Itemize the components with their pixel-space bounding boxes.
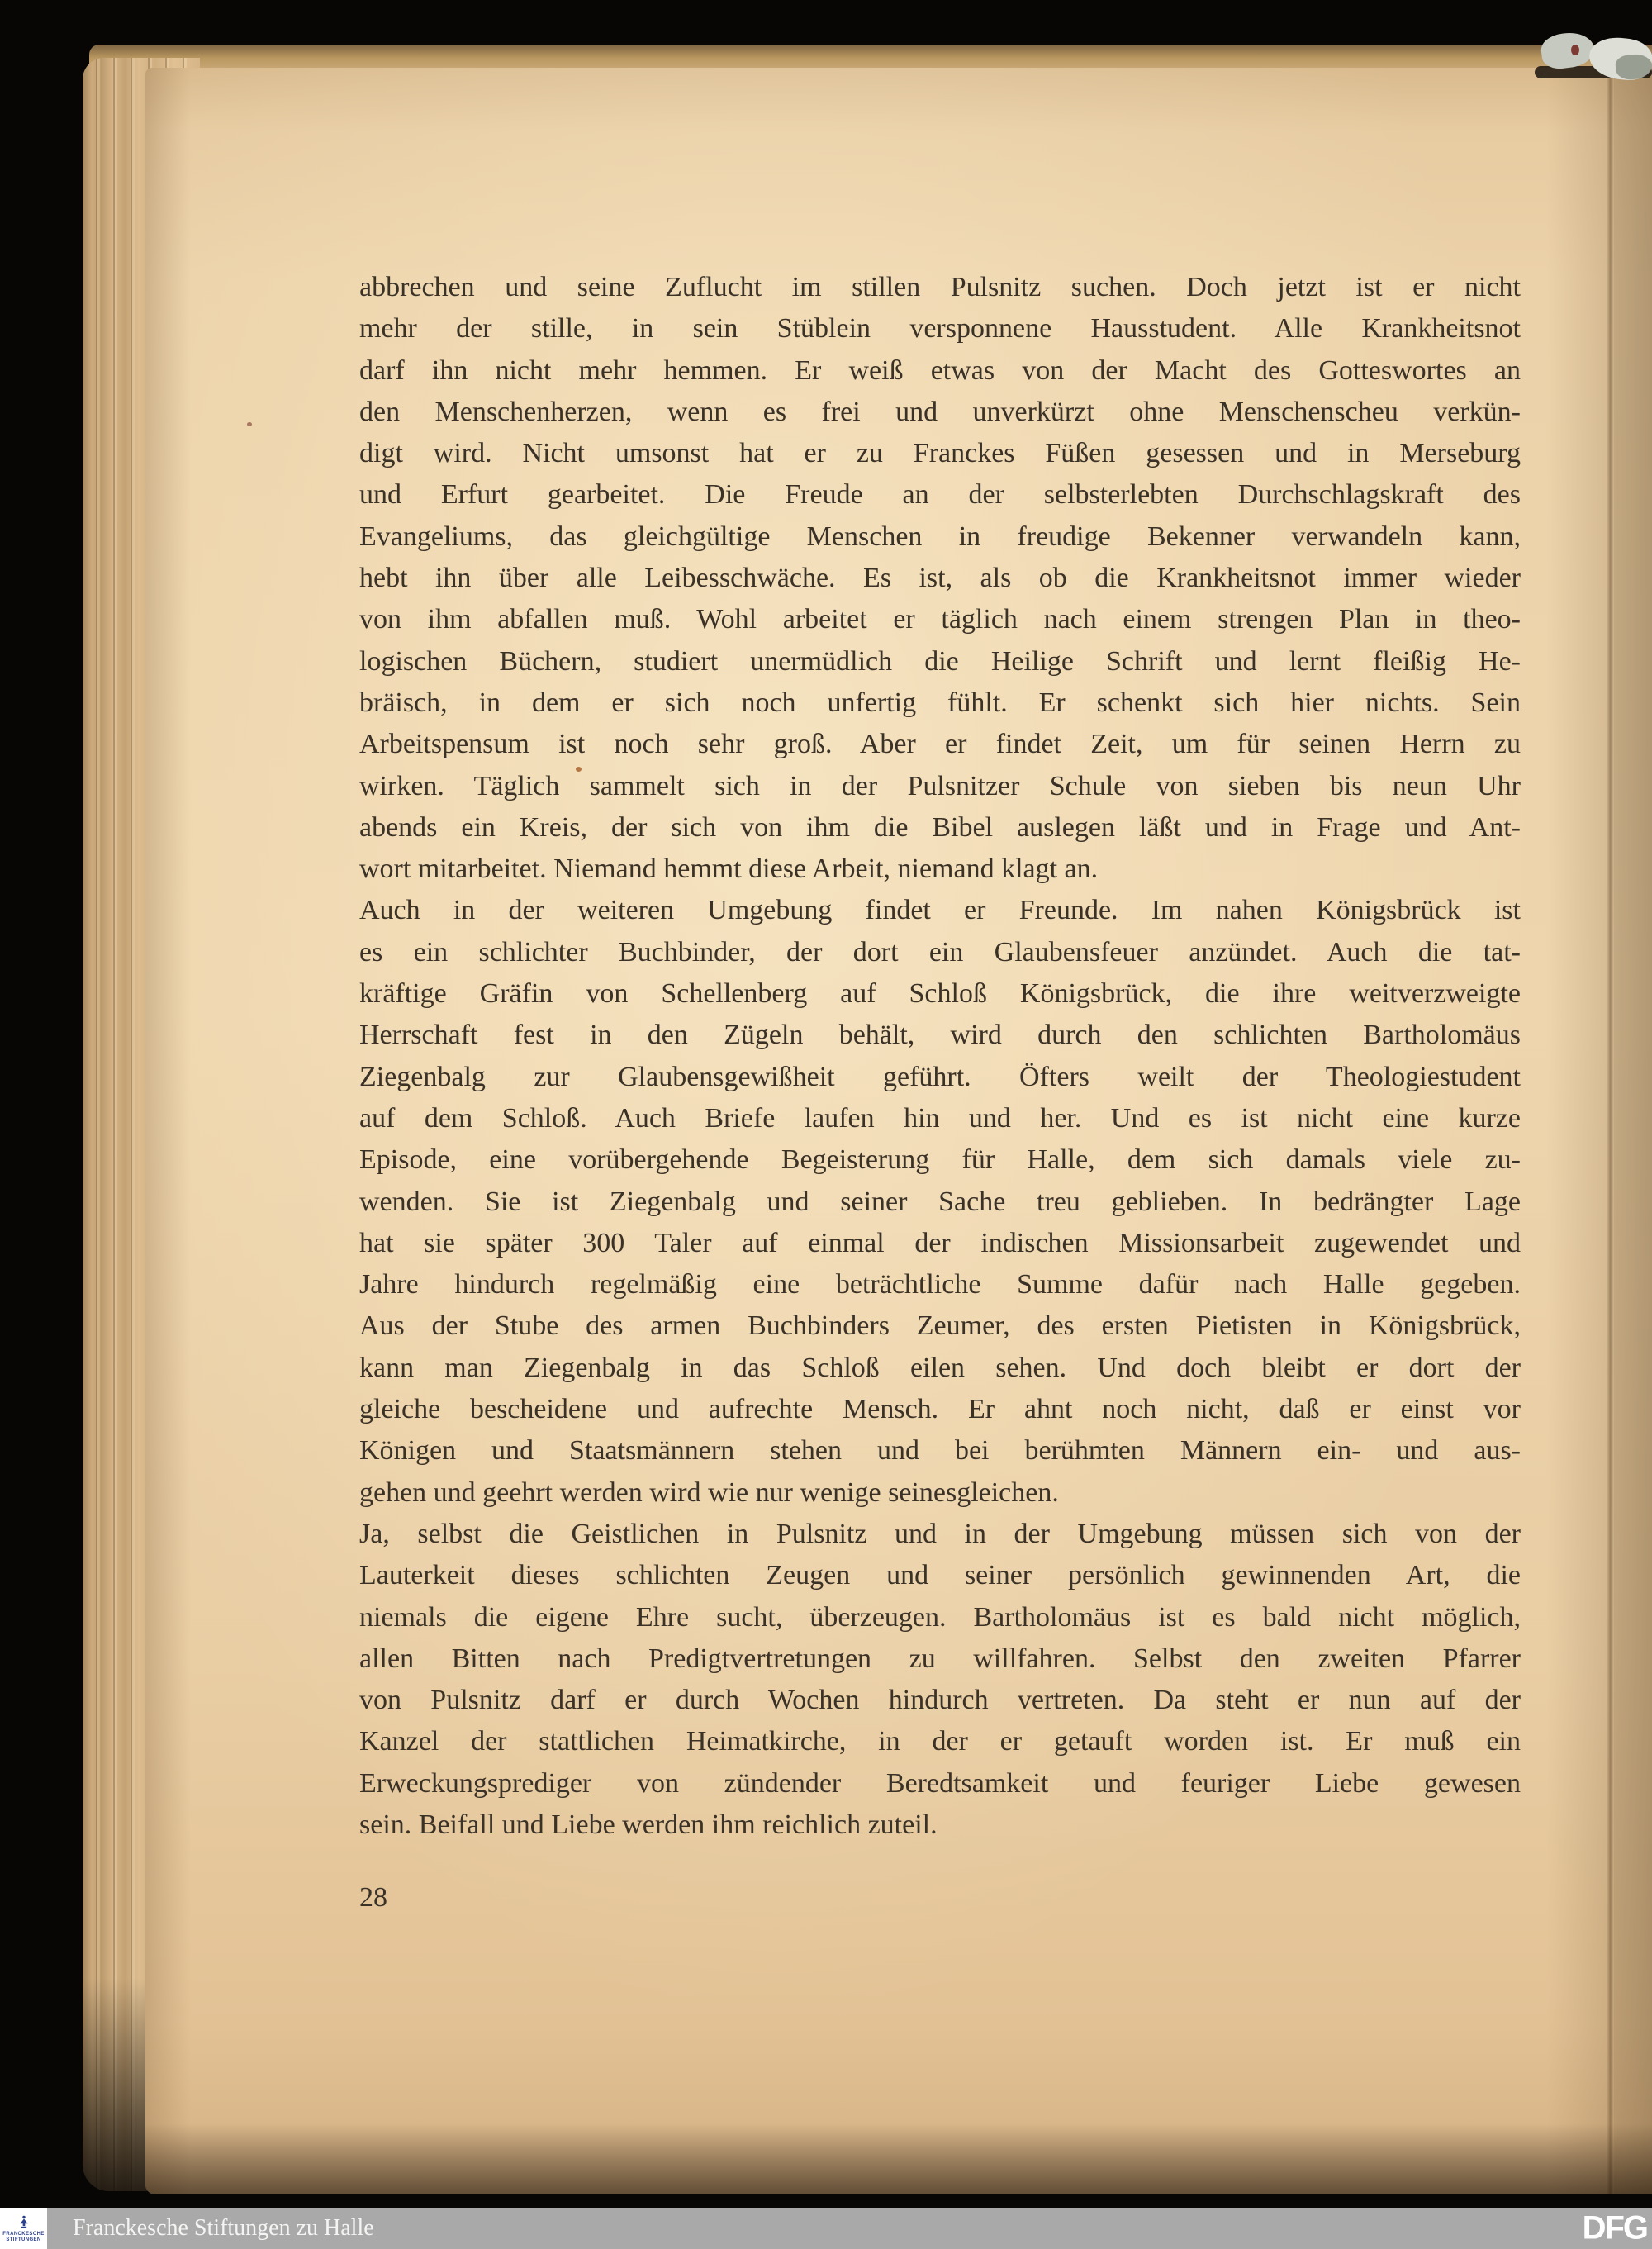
text-line: Erweckungsprediger von zündender Beredts… (359, 1763, 1521, 1804)
text-line: Evangeliums, das gleichgültige Menschen … (359, 516, 1521, 558)
text-line: von Pulsnitz darf er durch Wochen hindur… (359, 1680, 1521, 1721)
logo-text-line1: FRANCKESCHE (2, 2232, 44, 2237)
text-line: Herrschaft fest in den Zügeln behält, wi… (359, 1015, 1521, 1056)
text-line: Lauterkeit dieses schlichten Zeugen und … (359, 1555, 1521, 1596)
logo-text-line2: STIFTUNGEN (6, 2237, 40, 2243)
text-line: von ihm abfallen muß. Wohl arbeitet er t… (359, 599, 1521, 640)
page-gutter-crease (1607, 68, 1614, 2194)
torn-paper-red-speck (1571, 45, 1579, 55)
footer-bar: FRANCKESCHE STIFTUNGEN Franckesche Stift… (0, 2208, 1652, 2249)
text-line: mehr der stille, in sein Stüblein verspo… (359, 308, 1521, 349)
text-line: kräftige Gräfin von Schellenberg auf Sch… (359, 973, 1521, 1015)
text-line: abbrechen und seine Zuflucht im stillen … (359, 267, 1521, 308)
text-line: auf dem Schloß. Auch Briefe laufen hin u… (359, 1098, 1521, 1139)
text-line: hebt ihn über alle Leibesschwäche. Es is… (359, 558, 1521, 599)
text-line: Arbeitspensum ist noch sehr groß. Aber e… (359, 724, 1521, 765)
text-line: Ja, selbst die Geistlichen in Pulsnitz u… (359, 1514, 1521, 1555)
page-gutter-shade (1614, 68, 1652, 2194)
text-line: digt wird. Nicht umsonst hat er zu Franc… (359, 433, 1521, 474)
text-line: Ziegenbalg zur Glaubensgewißheit geführt… (359, 1057, 1521, 1098)
text-line: Episode, eine vorübergehende Begeisterun… (359, 1139, 1521, 1181)
franckesche-stiftungen-emblem-icon (16, 2214, 32, 2231)
text-line: Auch in der weiteren Umgebung findet er … (359, 890, 1521, 931)
text-line: Kanzel der stattlichen Heimatkirche, in … (359, 1721, 1521, 1762)
text-line: sein. Beifall und Liebe werden ihm reich… (359, 1804, 1521, 1846)
text-line: kann man Ziegenbalg in das Schloß eilen … (359, 1348, 1521, 1389)
franckesche-stiftungen-logo: FRANCKESCHE STIFTUNGEN (0, 2208, 47, 2249)
dfg-logo: DFG (1583, 2210, 1647, 2247)
text-line: Jahre hindurch regelmäßig eine beträchtl… (359, 1264, 1521, 1305)
text-line: allen Bitten nach Predigtvertretungen zu… (359, 1638, 1521, 1680)
text-line: logischen Büchern, studiert unermüdlich … (359, 641, 1521, 682)
text-line: wenden. Sie ist Ziegenbalg und seiner Sa… (359, 1182, 1521, 1223)
archive-label: Franckesche Stiftungen zu Halle (73, 2215, 374, 2242)
page-number: 28 (359, 1882, 387, 1914)
text-line: gehen und geehrt werden wird wie nur wen… (359, 1472, 1521, 1514)
text-line: niemals die eigene Ehre sucht, überzeuge… (359, 1597, 1521, 1638)
text-line: den Menschenherzen, wenn es frei und unv… (359, 392, 1521, 433)
page-text-block: abbrechen und seine Zuflucht im stillen … (359, 267, 1521, 1846)
page-bottom-shadow (145, 2123, 1652, 2194)
text-line: abends ein Kreis, der sich von ihm die B… (359, 807, 1521, 849)
text-line: und Erfurt gearbeitet. Die Freude an der… (359, 474, 1521, 516)
text-line: Königen und Staatsmännern stehen und bei… (359, 1430, 1521, 1472)
paper-speck (576, 767, 582, 772)
text-line: es ein schlichter Buchbinder, der dort e… (359, 932, 1521, 973)
text-line: wort mitarbeitet. Niemand hemmt diese Ar… (359, 849, 1521, 890)
text-line: wirken. Täglich sammelt sich in der Puls… (359, 766, 1521, 807)
text-line: hat sie später 300 Taler auf einmal der … (359, 1223, 1521, 1264)
paper-speck (247, 422, 252, 426)
text-line: darf ihn nicht mehr hemmen. Er weiß etwa… (359, 350, 1521, 392)
text-line: gleiche bescheidene und aufrechte Mensch… (359, 1389, 1521, 1430)
book-page: abbrechen und seine Zuflucht im stillen … (145, 68, 1652, 2194)
text-line: Aus der Stube des armen Buchbinders Zeum… (359, 1305, 1521, 1347)
text-line: bräisch, in dem er sich noch unfertig fü… (359, 682, 1521, 724)
